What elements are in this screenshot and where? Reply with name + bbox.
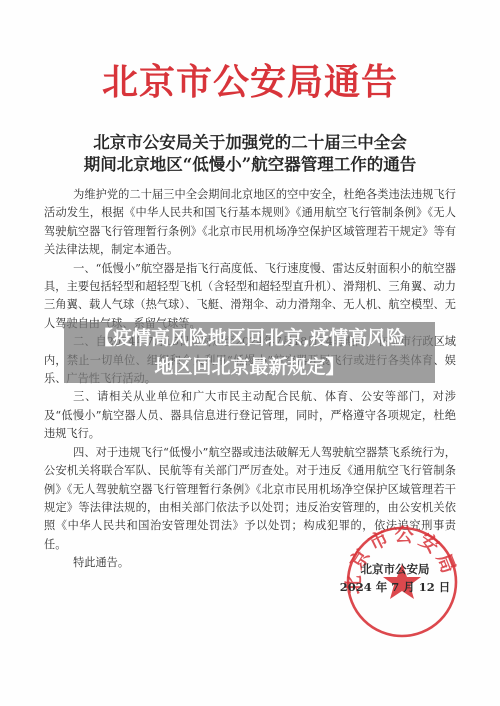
- notice-page: 北京市公安局通告 北京市公安局关于加强党的二十届三中全会 期间北京地区“低慢小”…: [0, 0, 500, 706]
- banner-line-1: 【疫情高风险地区回北京,疫情高风险: [64, 324, 435, 353]
- subtitle-line-1: 北京市公安局关于加强党的二十届三中全会: [0, 132, 500, 154]
- signature-organization: 北京市公安局: [320, 560, 470, 578]
- subtitle-line-2: 期间北京地区“低慢小”航空器管理工作的通告: [0, 154, 500, 176]
- paragraph-preamble: 为维护党的二十届三中全会期间北京地区的空中安全，杜绝各类违法违规飞行活动发生，根…: [44, 186, 456, 260]
- paragraph-article-3: 三、请相关从业单位和广大市民主动配合民航、体育、公安等部门，对涉及“低慢小”航空…: [44, 388, 456, 443]
- signature-date: 2024 年 7 月 12 日: [320, 578, 470, 596]
- notice-subtitle: 北京市公安局关于加强党的二十届三中全会 期间北京地区“低慢小”航空器管理工作的通…: [0, 132, 500, 176]
- red-header-title: 北京市公安局通告: [0, 60, 500, 104]
- banner-line-2: 地区回北京最新规定】: [64, 353, 435, 382]
- overlay-banner-text: 【疫情高风险地区回北京,疫情高风险 地区回北京最新规定】: [64, 322, 435, 382]
